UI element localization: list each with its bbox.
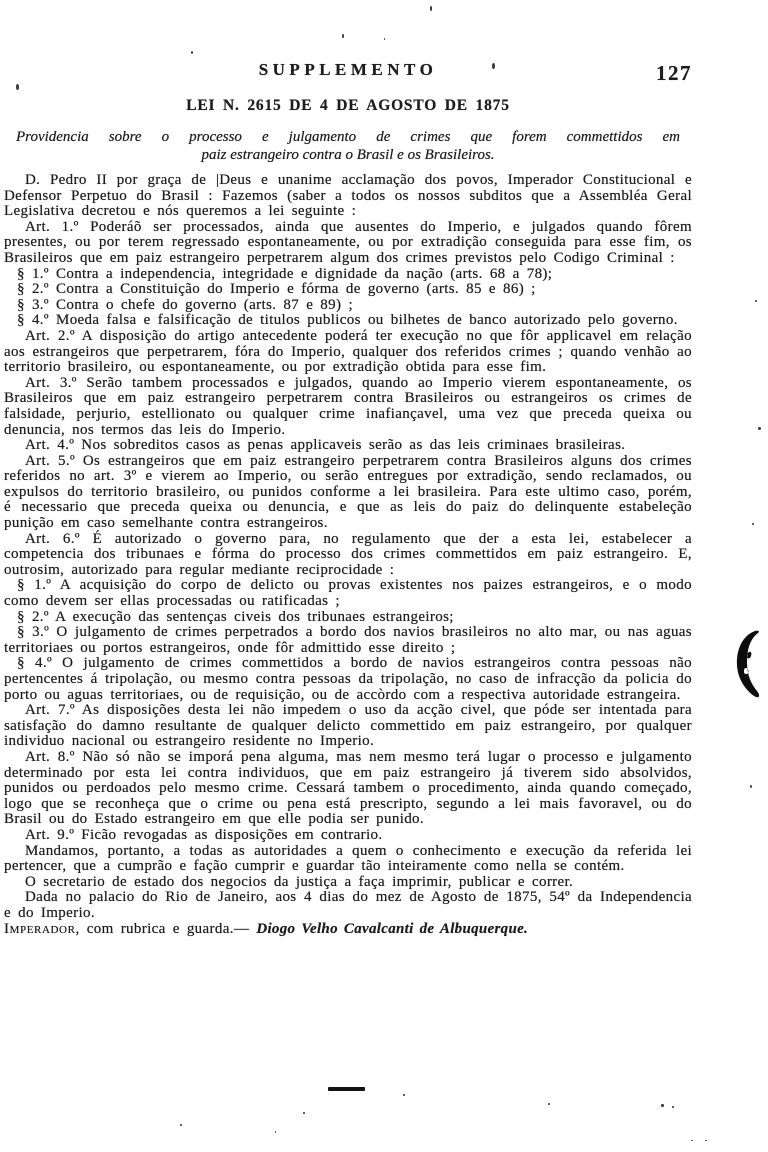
scan-speck — [16, 84, 19, 90]
scan-speck — [758, 427, 761, 430]
paragraph-art-1-sec-3: § 3.º Contra o chefe do governo (arts. 8… — [4, 298, 692, 314]
page-header: SUPPLEMENTO 127 — [4, 60, 692, 84]
paragraph-art-6-sec-4: § 4.º O julgamento de crimes commettidos… — [4, 656, 692, 703]
paragraph-preamble: D. Pedro II por graça de |Deus e unanime… — [4, 173, 692, 220]
paragraph-dada: Dada no palacio do Rio de Janeiro, aos 4… — [4, 890, 692, 921]
ink-blot — [735, 630, 764, 700]
paragraph-art-1-sec-1: § 1.º Contra a independencia, integridad… — [4, 267, 692, 283]
paragraph-art-1: Art. 1.º Poderáõ ser processados, ainda … — [4, 220, 692, 267]
paragraph-art-6-sec-1: § 1.º A acquisição do corpo de delicto o… — [4, 578, 692, 609]
publication-title: SUPPLEMENTO — [259, 60, 438, 79]
scan-speck — [191, 51, 193, 54]
scan-speck — [705, 1140, 707, 1141]
imperador-smallcaps: Imperador — [4, 921, 76, 937]
paragraph-art-6-sec-3: § 3.º O julgamento de crimes perpetrados… — [4, 625, 692, 656]
scan-speck — [492, 63, 495, 69]
scan-speck — [672, 1106, 674, 1108]
scan-speck — [752, 523, 754, 525]
paragraph-art-8: Art. 8.º Não só não se imporá pena algum… — [4, 750, 692, 828]
minister-name: Diogo Velho Cavalcanti de Albuquerque. — [256, 921, 528, 937]
scan-speck — [342, 34, 344, 38]
summary-line-1: Providencia sobre o processo e julgament… — [16, 128, 680, 146]
scan-speck — [548, 1103, 550, 1105]
scan-speck — [180, 1124, 182, 1126]
paragraph-secretario: O secretario de estado dos negocios da j… — [4, 875, 692, 891]
printed-column: SUPPLEMENTO 127 LEI N. 2615 DE 4 DE AGOS… — [4, 0, 692, 937]
paragraph-art-4: Art. 4.º Nos sobreditos casos as penas a… — [4, 438, 692, 454]
paragraph-art-1-sec-2: § 2.º Contra a Constituição do Imperio e… — [4, 282, 692, 298]
scan-speck — [691, 1140, 693, 1141]
paragraph-art-7: Art. 7.º As disposições desta lei não im… — [4, 703, 692, 750]
end-rule — [328, 1087, 365, 1091]
scanned-law-page: SUPPLEMENTO 127 LEI N. 2615 DE 4 DE AGOS… — [0, 0, 768, 1152]
paragraph-art-9: Art. 9.º Ficão revogadas as disposições … — [4, 828, 692, 844]
paragraph-art-6: Art. 6.º É autorizado o governo para, no… — [4, 532, 692, 579]
scan-speck — [303, 1112, 305, 1114]
paragraph-art-5: Art. 5.º Os estrangeiros que em paiz est… — [4, 454, 692, 532]
signature-text: , com rubrica e guarda.— — [76, 921, 257, 937]
scan-speck — [275, 1131, 276, 1133]
paragraph-art-3: Art. 3.º Serão tambem processados e julg… — [4, 376, 692, 438]
law-body: D. Pedro II por graça de |Deus e unanime… — [4, 173, 692, 937]
paragraph-art-2: Art. 2.º A disposição do artigo antecede… — [4, 329, 692, 376]
summary-line-2: paiz estrangeiro contra o Brasil e os Br… — [16, 146, 680, 164]
paragraph-art-6-sec-2: § 2.º A execução das sentenças civeis do… — [4, 610, 692, 626]
paragraph-art-1-sec-4: § 4.º Moeda falsa e falsificação de titu… — [4, 313, 692, 329]
law-summary: Providencia sobre o processo e julgament… — [4, 128, 692, 164]
signature-line: Imperador, com rubrica e guarda.— Diogo … — [4, 922, 692, 938]
scan-speck — [750, 785, 752, 788]
paragraph-mandamos: Mandamos, portanto, a todas as autoridad… — [4, 844, 692, 875]
scan-speck — [403, 1094, 405, 1096]
scan-speck — [755, 300, 757, 302]
page-number: 127 — [656, 61, 692, 86]
scan-speck — [430, 6, 432, 11]
law-title: LEI N. 2615 DE 4 DE AGOSTO DE 1875 — [4, 97, 692, 115]
scan-speck — [384, 38, 385, 40]
scan-speck — [661, 1104, 664, 1107]
